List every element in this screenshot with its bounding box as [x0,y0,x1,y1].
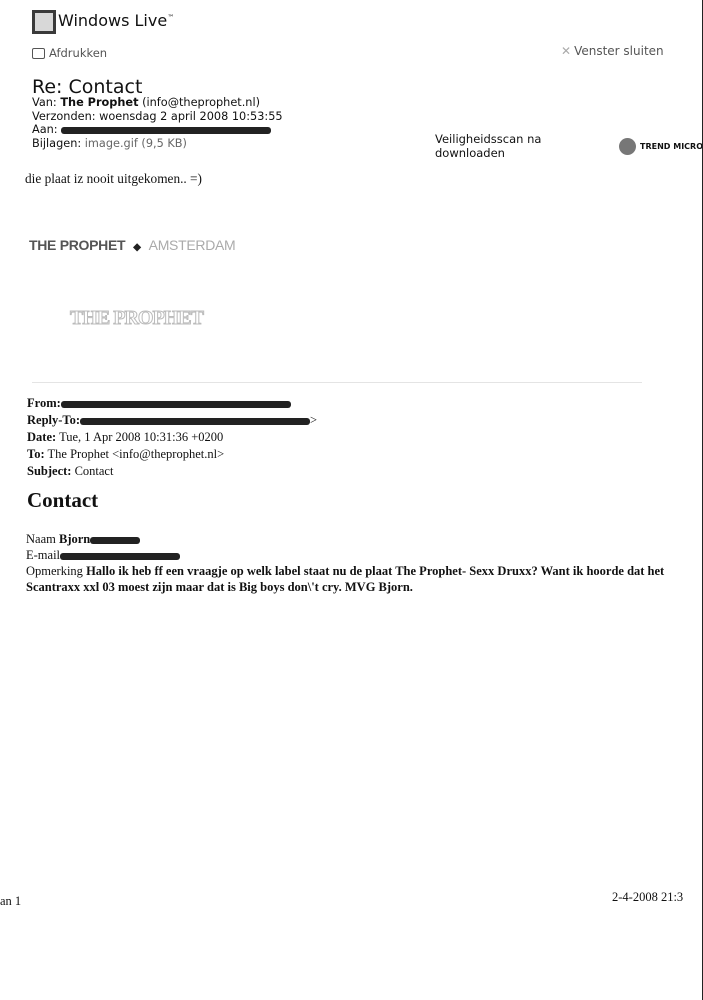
print-timestamp: 2-4-2008 21:3 [612,890,683,905]
close-icon: ✕ [561,44,571,58]
windows-logo-icon [32,10,56,34]
trend-micro-logo-icon [619,138,636,155]
quoted-headers: From: Reply-To:> Date: Tue, 1 Apr 2008 1… [27,395,317,480]
app-title: Windows Live™ [58,11,174,30]
prophet-logo-image: THE PROPHET [70,307,203,330]
printer-icon [32,48,45,59]
redacted-recipient [61,127,271,134]
close-window-button[interactable]: ✕Venster sluiten [561,44,664,58]
signature-brand: THE PROPHET◆AMSTERDAM [29,237,235,253]
page-number: an 1 [0,894,21,909]
contact-form-fields: Naam Bjorn E-mail Opmerking Hallo ik heb… [26,531,666,595]
divider [32,382,642,383]
message-body: die plaat iz nooit uitgekomen.. =) [25,171,202,187]
attachment-link[interactable]: image.gif (9,5 KB) [85,137,187,150]
message-meta: Van: The Prophet (info@theprophet.nl) Ve… [32,96,283,150]
message-subject: Re: Contact [32,76,142,98]
contact-heading: Contact [27,488,98,513]
security-scan-link[interactable]: Veiligheidsscan na downloaden TREND MICR… [435,132,703,160]
print-button[interactable]: Afdrukken [32,46,107,60]
